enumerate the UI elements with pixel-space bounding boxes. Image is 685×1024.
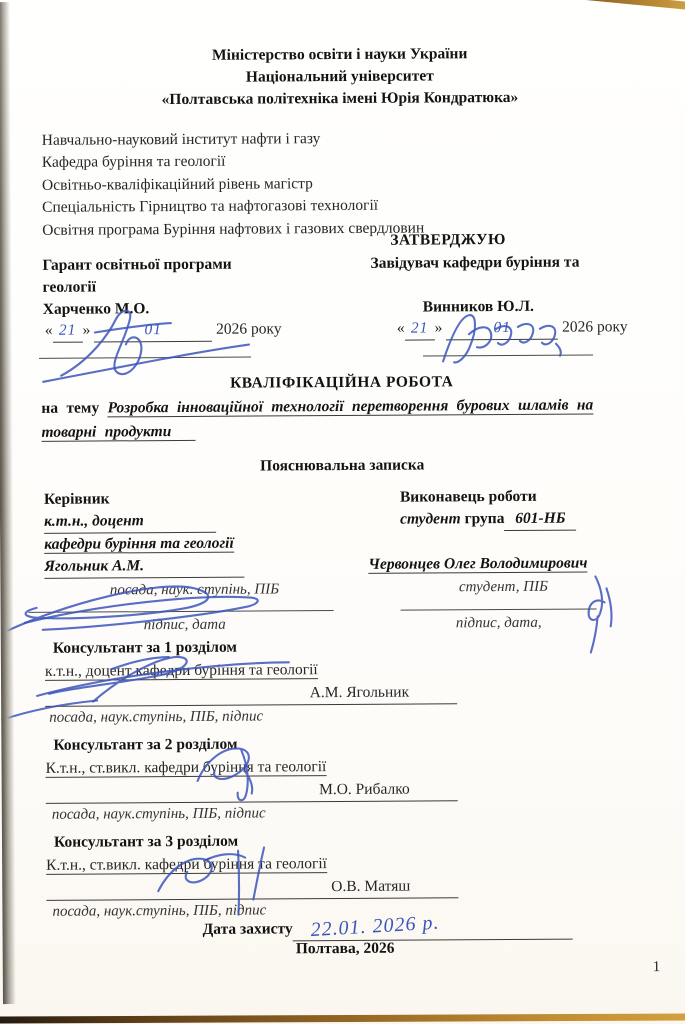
page-number: 1 — [653, 956, 661, 978]
consultant-1-name: А.М. Ягольник — [45, 680, 457, 707]
head-of-department-role: Завідувач кафедри буріння та — [370, 251, 655, 275]
handwritten-month: 01 — [493, 319, 511, 336]
consultant-2-label: Консультант за 2 розділом — [45, 731, 457, 757]
consultant-3-name: О.В. Матяш — [46, 874, 458, 901]
supervisor-block: Керівник к.т.н., доцент кафедри буріння … — [44, 487, 367, 602]
guarantor-name: Харченко М.О. — [43, 297, 355, 321]
handwritten-day: 21 — [411, 319, 429, 336]
guarantor-signature-line — [39, 339, 251, 359]
consultant-1-caption: посада, наук.ступінь, ПІБ, підпис — [45, 704, 457, 730]
theme-block: на тему Розробка інноваційної технології… — [41, 393, 643, 444]
executor-label: Виконавець роботи — [368, 485, 656, 509]
quote-close: » — [83, 322, 91, 339]
year-label: 2026 року — [562, 318, 628, 335]
institute-line: Навчально-науковий інститут нафти і газу — [42, 127, 424, 152]
theme-text-line1: Розробка інноваційної технології перетво… — [108, 396, 594, 417]
head-signature-line — [423, 336, 593, 356]
approval-right-roles: Завідувач кафедри буріння та Винников Ю.… — [370, 251, 655, 319]
consultant-3-block: Консультант за 3 розділом К.т.н., ст.вик… — [46, 828, 459, 924]
scan-left-edge-shadow — [0, 2, 16, 1004]
consultant-1-position: к.т.н., доцент кафедри буріння та геолог… — [45, 661, 318, 681]
approval-left-roles: Гарант освітньої програми геології Харче… — [42, 253, 354, 321]
executor-signature-line — [400, 590, 596, 610]
specialty-line: Спеціальність Гірництво та нафтогазові т… — [42, 195, 424, 220]
guarantor-role: Гарант освітньої програми — [42, 253, 354, 277]
scanned-page: Міністерство освіти і науки України Наці… — [0, 0, 685, 1024]
head-of-department-name: Винников Ю.Л. — [371, 295, 656, 319]
theme-text-line2: товарні продукти — [41, 422, 195, 441]
executor-name: Червонцев Олег Володимирович — [368, 555, 587, 574]
theme-label: на тему — [41, 399, 99, 416]
handwritten-month: 01 — [144, 321, 162, 338]
work-type-heading: КВАЛІФІКАЦІЙНА РОБОТА — [0, 370, 684, 396]
quote-open: « — [397, 320, 405, 337]
handwritten-day: 21 — [59, 322, 77, 339]
executor-group-value: 601-НБ — [515, 510, 565, 527]
consultant-3-position: К.т.н., ст.викл. кафедри буріння та геол… — [46, 855, 327, 875]
supervisor-label: Керівник — [44, 487, 366, 511]
page-content: Міністерство освіти і науки України Наці… — [0, 0, 685, 1024]
level-line: Освітньо-кваліфікаційний рівень магістр — [42, 172, 424, 197]
program-line: Освітня програма Буріння нафтових і газо… — [42, 217, 424, 242]
consultant-2-block: Консультант за 2 розділом К.т.н., ст.вик… — [45, 731, 458, 827]
executor-student-word: студент — [400, 510, 461, 527]
quote-open: « — [45, 322, 53, 339]
executor-group-label: група — [464, 510, 504, 527]
supervisor-degree: к.т.н., доцент — [44, 510, 216, 534]
consultant-3-label: Консультант за 3 розділом — [46, 828, 458, 854]
supervisor-name: Ягольник А.М. — [44, 555, 244, 579]
defense-date-label: Дата захисту — [202, 920, 292, 938]
executor-caption-signature: підпис, дата, — [401, 611, 597, 634]
year-label: 2026 року — [216, 320, 282, 337]
institution-block: Навчально-науковий інститут нафти і газу… — [42, 127, 425, 241]
quote-close: » — [435, 319, 443, 336]
consultant-1-block: Консультант за 1 розділом к.т.н., доцент… — [45, 634, 458, 730]
guarantor-role-wrap: геології — [43, 275, 355, 299]
consultant-2-caption: посада, наук.ступінь, ПІБ, підпис — [46, 801, 458, 827]
explanatory-note-subtitle: Пояснювальна записка — [0, 453, 685, 479]
consultant-1-label: Консультант за 1 розділом — [45, 634, 457, 660]
consultant-2-name: М.О. Рибалко — [46, 777, 458, 804]
city-year: Полтава, 2026 — [3, 936, 685, 962]
ministry-header: Міністерство освіти і науки України Наці… — [0, 42, 683, 112]
executor-block: Виконавець роботи студент група601-НБ Че… — [368, 485, 657, 599]
consultant-2-position: К.т.н., ст.викл. кафедри буріння та геол… — [46, 758, 327, 778]
supervisor-department: кафедри буріння та геології — [44, 535, 234, 554]
approve-label: ЗАТВЕРДЖУЮ — [390, 229, 506, 252]
department-line: Кафедра буріння та геології — [42, 150, 424, 175]
supervisor-caption-signature: підпис, дата — [45, 613, 325, 637]
supervisor-signature-line — [28, 592, 333, 613]
university-name-line: «Полтавська політехніка імені Юрія Кондр… — [0, 86, 683, 112]
